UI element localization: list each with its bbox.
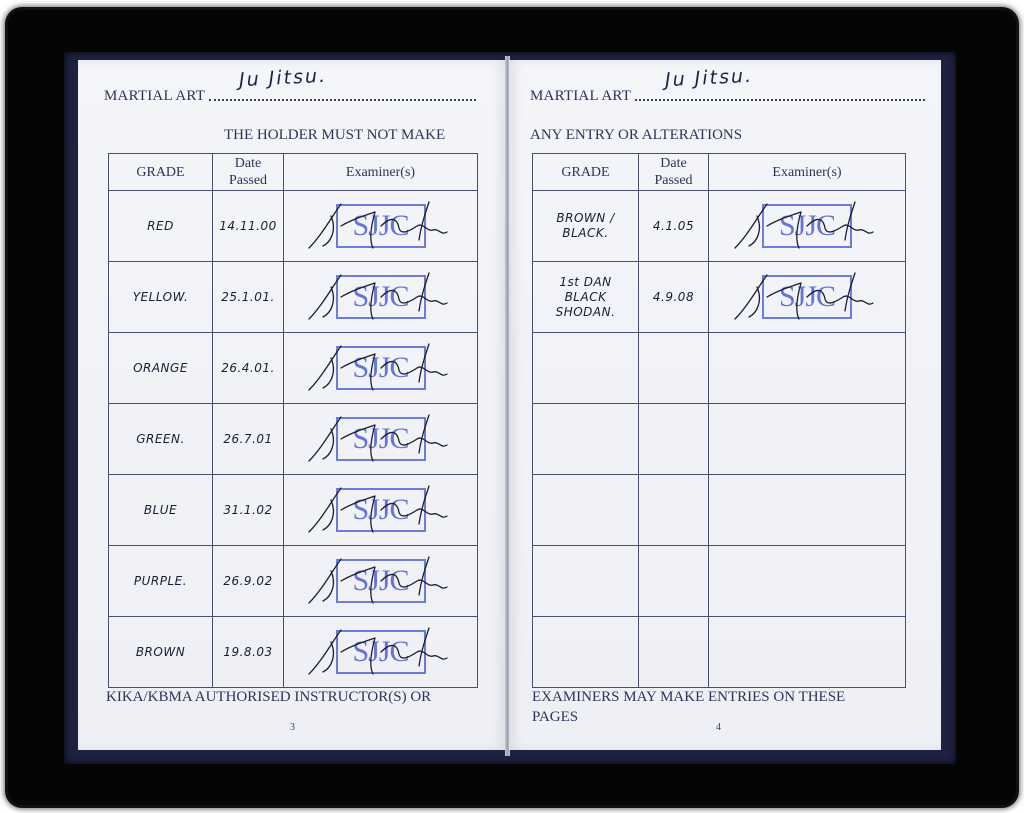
header-examiners: Examiner(s) [709,154,906,191]
header-grade: GRADE [533,154,639,191]
table-row: YELLOW.25.1.01.SJJC [109,262,478,333]
examiner-cell: SJJC [284,262,478,333]
header-date-passed: DatePassed [213,154,284,191]
date-passed-cell: 26.9.02 [213,546,284,617]
page-number: 4 [716,722,721,733]
alterations-notice: ANY ENTRY OR ALTERATIONS [530,127,742,144]
examiner-cell: SJJC [284,617,478,688]
grade-cell: ORANGE [109,333,213,404]
grades-table-left: GRADE DatePassed Examiner(s) RED14.11.00… [108,153,478,688]
examiner-cell [709,333,906,404]
header-examiners: Examiner(s) [284,154,478,191]
examiner-cell: SJJC [284,475,478,546]
table-header-row: GRADE DatePassed Examiner(s) [109,154,478,191]
examiner-cell [709,475,906,546]
martial-art-field: MARTIAL ART Ju Jitsu. [104,88,476,105]
date-passed-cell: 25.1.01. [213,262,284,333]
martial-art-handwritten-value: Ju Jitsu. [239,65,328,92]
date-passed-cell: 4.9.08 [639,262,709,333]
martial-art-field: MARTIAL ART Ju Jitsu. [530,88,925,105]
sjjc-stamp: SJJC [336,417,426,461]
date-passed-cell: 26.7.01 [213,404,284,475]
table-row: PURPLE.26.9.02SJJC [109,546,478,617]
grade-cell: RED [109,191,213,262]
grade-cell: YELLOW. [109,262,213,333]
examiner-cell [709,404,906,475]
footer-text: KIKA/KBMA AUTHORISED INSTRUCTOR(S) OR [106,687,431,707]
table-row [533,546,906,617]
table-row [533,333,906,404]
sjjc-stamp: SJJC [336,275,426,319]
date-passed-cell: 14.11.00 [213,191,284,262]
sjjc-stamp: SJJC [336,204,426,248]
table-row: BROWN /BLACK.4.1.05SJJC [533,191,906,262]
grade-cell [533,617,639,688]
martial-art-handwritten-value: Ju Jitsu. [665,65,754,92]
table-row: ORANGE26.4.01.SJJC [109,333,478,404]
grade-cell: BLUE [109,475,213,546]
grade-cell [533,546,639,617]
examiner-cell: SJJC [284,404,478,475]
date-passed-cell [639,404,709,475]
table-row [533,404,906,475]
martial-art-label: MARTIAL ART [104,88,205,105]
examiner-cell [709,617,906,688]
sjjc-stamp: SJJC [336,559,426,603]
martial-art-label: MARTIAL ART [530,88,631,105]
table-row: BLUE31.1.02SJJC [109,475,478,546]
table-row [533,475,906,546]
grade-cell [533,404,639,475]
table-header-row: GRADE DatePassed Examiner(s) [533,154,906,191]
date-passed-cell [639,333,709,404]
date-passed-cell: 31.1.02 [213,475,284,546]
date-passed-cell: 26.4.01. [213,333,284,404]
table-row: 1st DANBLACKSHODAN.4.9.08SJJC [533,262,906,333]
grade-book-page-4: MARTIAL ART Ju Jitsu. ANY ENTRY OR ALTER… [509,60,941,750]
examiner-cell [709,546,906,617]
grade-cell: BROWN [109,617,213,688]
page-number: 3 [290,722,295,733]
date-passed-cell [639,475,709,546]
grade-cell: 1st DANBLACKSHODAN. [533,262,639,333]
date-passed-cell: 19.8.03 [213,617,284,688]
date-passed-cell [639,617,709,688]
sjjc-stamp: SJJC [762,204,852,248]
grade-cell [533,333,639,404]
examiner-cell: SJJC [284,191,478,262]
martial-art-dotted-line: Ju Jitsu. [209,97,476,101]
grade-cell: BROWN /BLACK. [533,191,639,262]
date-passed-cell: 4.1.05 [639,191,709,262]
sjjc-stamp: SJJC [336,346,426,390]
grade-cell [533,475,639,546]
date-passed-cell [639,546,709,617]
sjjc-stamp: SJJC [336,488,426,532]
header-date-passed: DatePassed [639,154,709,191]
grade-cell: GREEN. [109,404,213,475]
grade-cell: PURPLE. [109,546,213,617]
grade-book-page-3: MARTIAL ART Ju Jitsu. THE HOLDER MUST NO… [78,60,506,750]
table-row: GREEN.26.7.01SJJC [109,404,478,475]
examiner-cell: SJJC [284,546,478,617]
martial-art-dotted-line: Ju Jitsu. [635,97,925,101]
footer-text: EXAMINERS MAY MAKE ENTRIES ON THESEPAGES [532,687,845,727]
examiner-cell: SJJC [709,262,906,333]
header-grade: GRADE [109,154,213,191]
sjjc-stamp: SJJC [336,630,426,674]
table-row: BROWN19.8.03SJJC [109,617,478,688]
grades-table-right: GRADE DatePassed Examiner(s) BROWN /BLAC… [532,153,906,688]
table-row [533,617,906,688]
sjjc-stamp: SJJC [762,275,852,319]
examiner-cell: SJJC [709,191,906,262]
table-row: RED14.11.00SJJC [109,191,478,262]
examiner-cell: SJJC [284,333,478,404]
holder-notice: THE HOLDER MUST NOT MAKE [224,127,445,144]
